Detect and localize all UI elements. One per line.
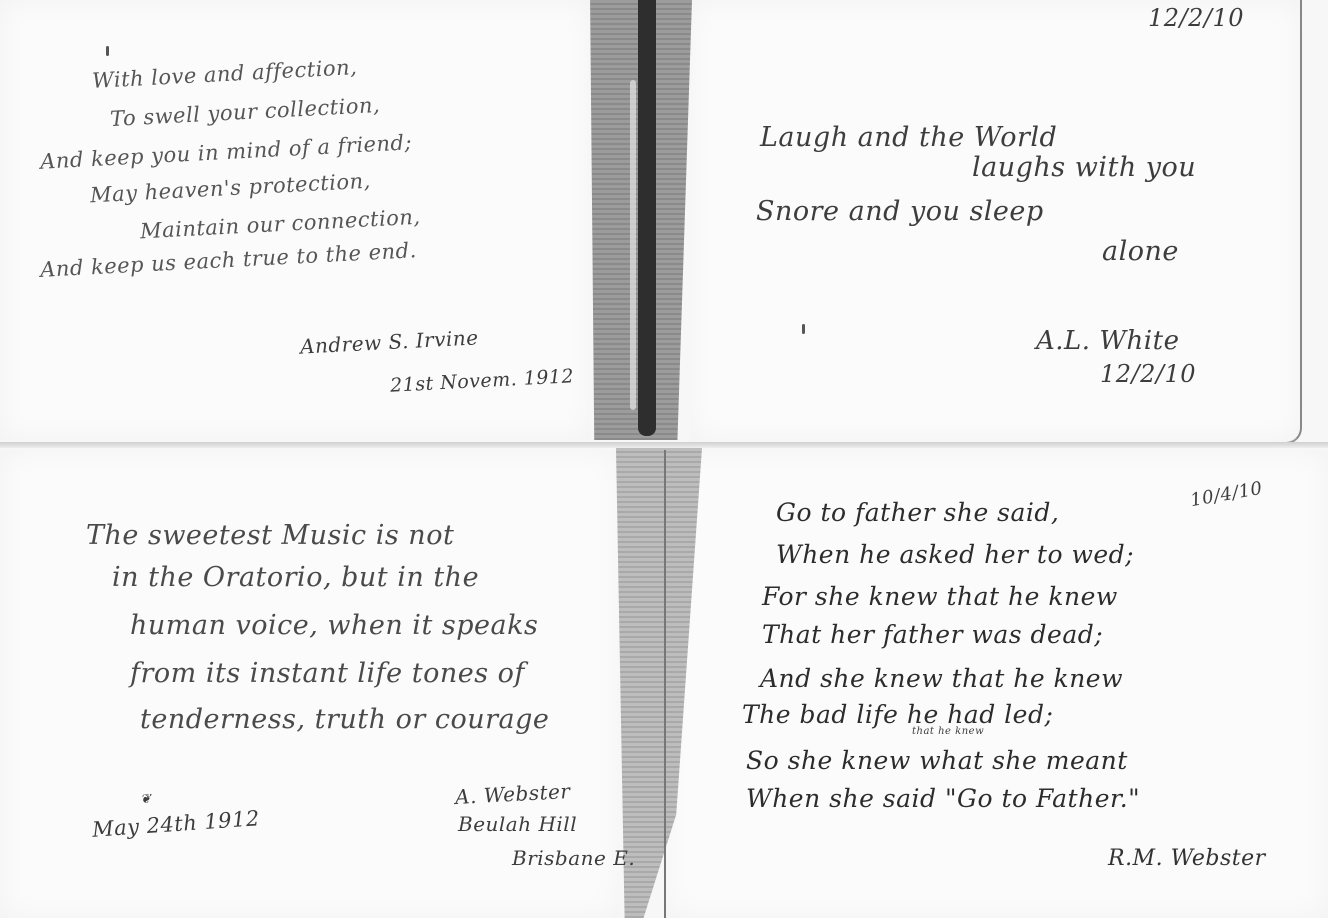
quote-line: laughs with you — [972, 152, 1196, 183]
quote-line: human voice, when it speaks — [130, 610, 538, 641]
poem-line: For she knew that he knew — [762, 582, 1118, 611]
inserted-text: that he knew — [912, 726, 984, 737]
poem-line: So she knew what she meant — [746, 746, 1128, 775]
poem-line: The bad life he had led; — [742, 700, 1053, 729]
entry-date-top: 12/2/10 — [1148, 4, 1244, 32]
book-spine-top-highlight — [630, 80, 636, 410]
poem-line: That her father was dead; — [762, 620, 1103, 649]
signature-city: Brisbane E. — [512, 846, 635, 870]
signature-address: Beulah Hill — [458, 812, 577, 836]
spread-divider — [0, 442, 1328, 448]
signature: R.M. Webster — [1108, 846, 1266, 871]
poem-line: Go to father she said, — [776, 498, 1059, 527]
poem-line: When she said "Go to Father." — [746, 784, 1140, 813]
poem-line: When he asked her to wed; — [776, 540, 1134, 569]
quote-line: Snore and you sleep — [756, 196, 1044, 227]
quote-line: from its instant life tones of — [130, 658, 525, 689]
quote-line: The sweetest Music is not — [86, 520, 454, 551]
ink-mark — [106, 46, 109, 56]
entry-date: 12/2/10 — [1100, 360, 1196, 388]
quote-line: Laugh and the World — [760, 122, 1057, 153]
book-spine-bottom-fold — [664, 450, 666, 918]
quote-line: alone — [1102, 236, 1179, 267]
ink-mark — [802, 324, 805, 334]
signature: A.L. White — [1036, 326, 1179, 356]
book-spine-top-core — [638, 0, 656, 436]
quote-line: tenderness, truth or courage — [140, 704, 549, 735]
ornament-icon: ❦ — [140, 792, 151, 807]
poem-line: And she knew that he knew — [760, 664, 1123, 693]
quote-line: in the Oratorio, but in the — [112, 562, 479, 593]
